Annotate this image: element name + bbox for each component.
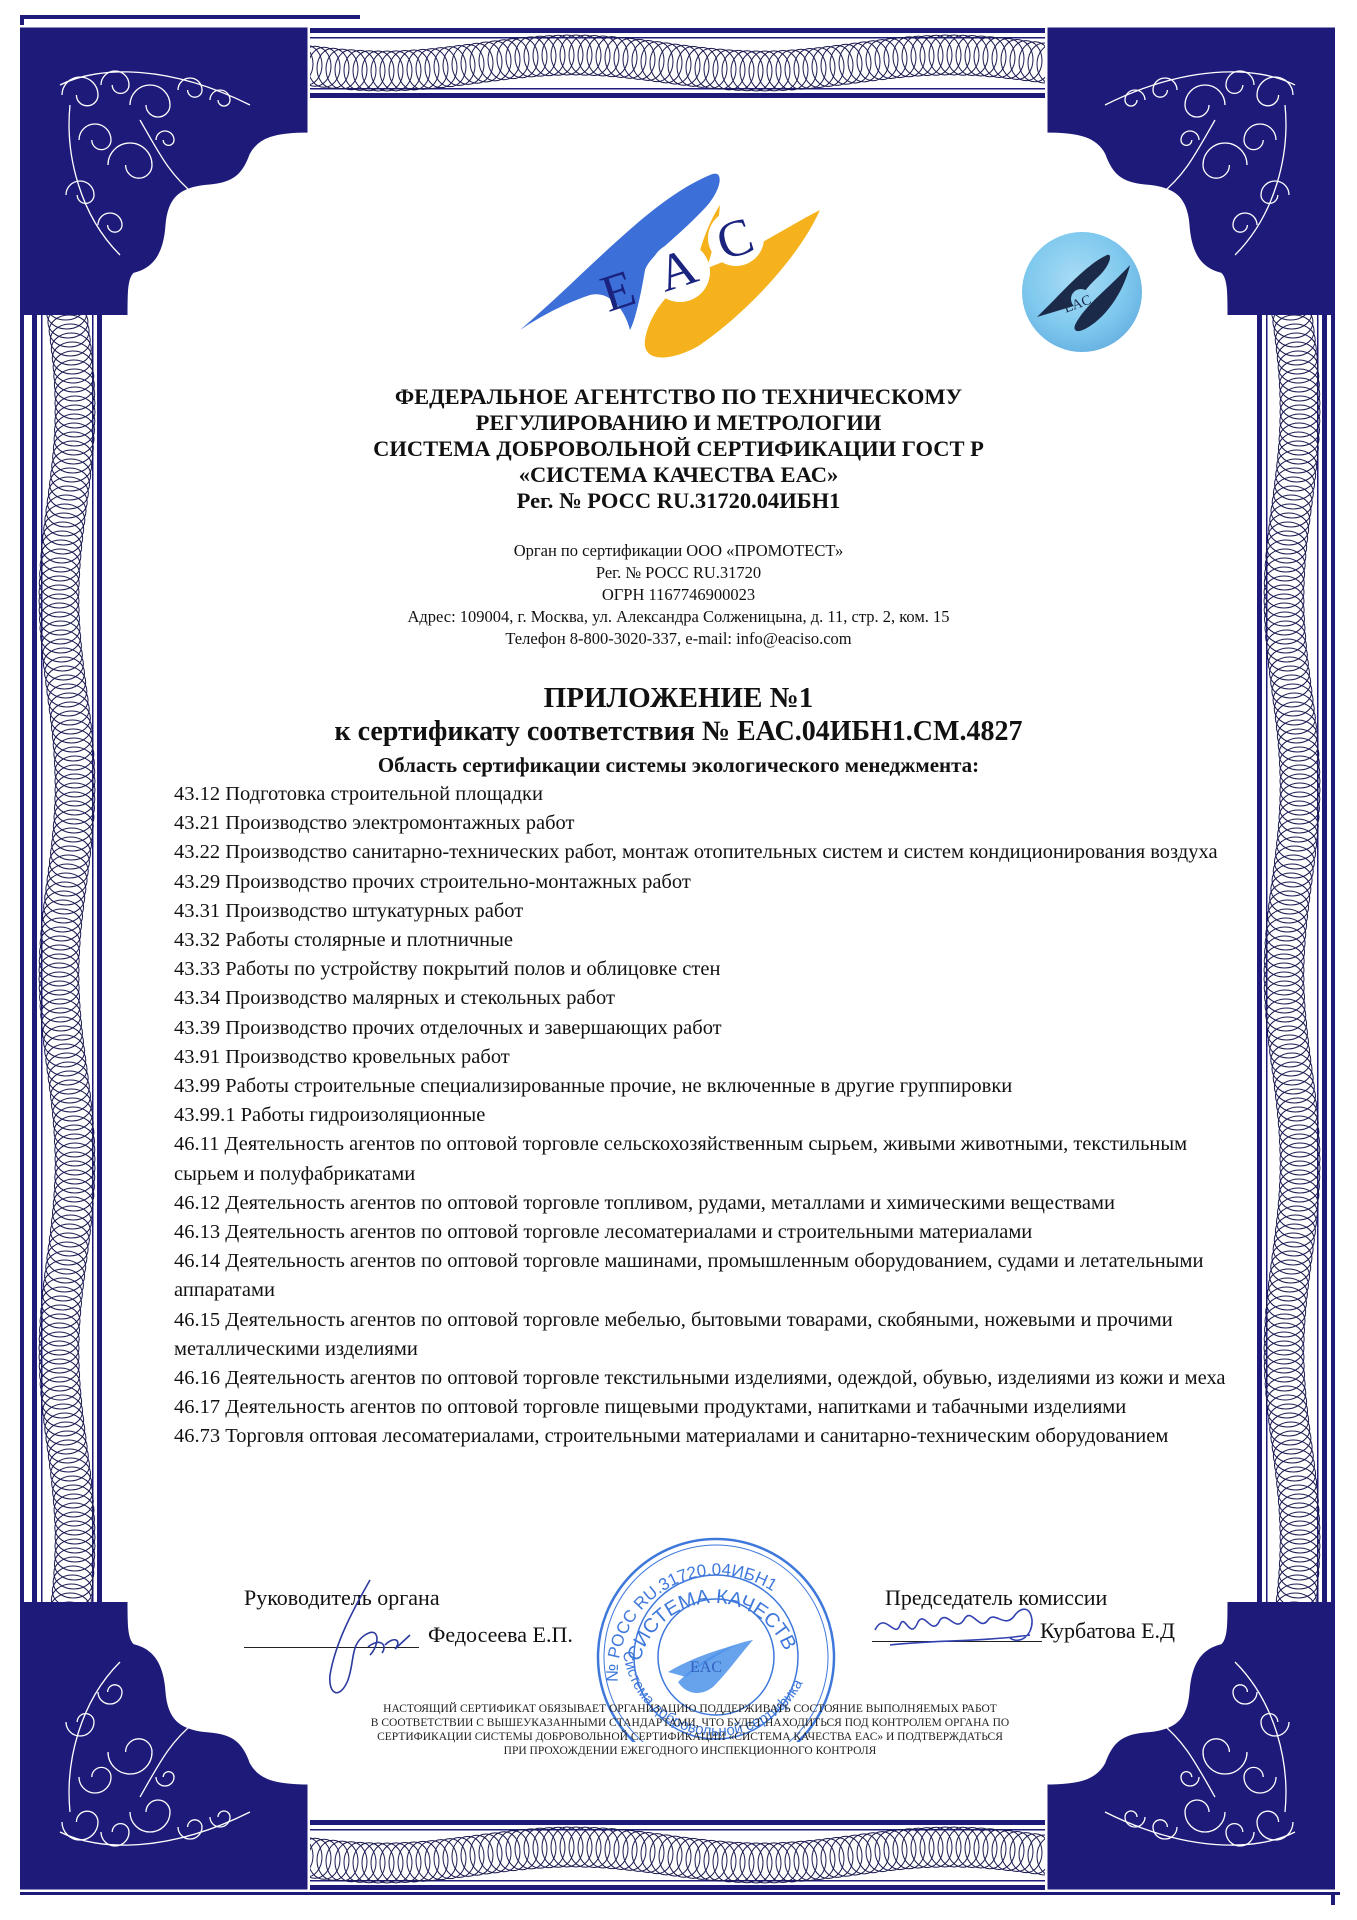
activity-item: 46.15 Деятельность агентов по оптовой то… (174, 1306, 1234, 1364)
activity-item: 43.33 Работы по устройству покрытий поло… (174, 955, 1234, 984)
eac-hologram-sticker-icon: EAC (1015, 225, 1150, 360)
certification-body-reg: Рег. № РОСС RU.31720 (200, 562, 1157, 584)
activity-item: 43.39 Производство прочих отделочных и з… (174, 1014, 1234, 1043)
handwritten-signature-left-icon (310, 1575, 420, 1705)
agency-reg-number: Рег. № РОСС RU.31720.04ИБН1 (200, 488, 1157, 514)
ornament-corner-bottom-left (20, 1602, 310, 1892)
annex-certificate-number: к сертификату соответствия № ЕАС.04ИБН1.… (200, 716, 1157, 748)
certification-body-contacts: Телефон 8-800-3020-337, e-mail: info@eac… (200, 628, 1157, 650)
activity-item: 46.16 Деятельность агентов по оптовой то… (174, 1364, 1234, 1393)
scope-title: Область сертификации системы экологическ… (200, 752, 1157, 778)
activity-item: 43.34 Производство малярных и стекольных… (174, 984, 1234, 1013)
activity-item: 46.11 Деятельность агентов по оптовой то… (174, 1130, 1234, 1188)
activity-item: 43.32 Работы столярные и плотничные (174, 926, 1234, 955)
signatory-right-name: Курбатова Е.Д (1040, 1618, 1175, 1644)
certificate-disclaimer: НАСТОЯЩИЙ СЕРТИФИКАТ ОБЯЗЫВАЕТ ОРГАНИЗАЦ… (300, 1702, 1080, 1758)
activity-item: 46.14 Деятельность агентов по оптовой то… (174, 1247, 1234, 1305)
annex-title: ПРИЛОЖЕНИЕ №1 (200, 682, 1157, 714)
certification-body-info: Орган по сертификации ООО «ПРОМОТЕСТ» Ре… (200, 540, 1157, 650)
disclaimer-line: НАСТОЯЩИЙ СЕРТИФИКАТ ОБЯЗЫВАЕТ ОРГАНИЗАЦ… (300, 1702, 1080, 1716)
activity-item: 46.17 Деятельность агентов по оптовой то… (174, 1393, 1234, 1422)
border-outer-line-top (20, 15, 360, 19)
disclaimer-line: СЕРТИФИКАЦИИ СИСТЕМЫ ДОБРОВОЛЬНОЙ СЕРТИФ… (300, 1730, 1080, 1744)
eac-logo-icon: E A C (500, 160, 860, 380)
agency-line: РЕГУЛИРОВАНИЮ И МЕТРОЛОГИИ (200, 410, 1157, 436)
ornament-corner-bottom-right (1045, 1602, 1335, 1892)
activity-item: 43.12 Подготовка строительной площадки (174, 780, 1234, 809)
certification-body-ogrn: ОГРН 1167746900023 (200, 584, 1157, 606)
agency-line: ФЕДЕРАЛЬНОЕ АГЕНТСТВО ПО ТЕХНИЧЕСКОМУ (200, 384, 1157, 410)
disclaimer-line: В СООТВЕТСТВИИ С ВЫШЕУКАЗАННЫМИ СТАНДАРТ… (300, 1716, 1080, 1730)
activity-item: 46.13 Деятельность агентов по оптовой то… (174, 1218, 1234, 1247)
activity-item: 43.29 Производство прочих строительно-мо… (174, 868, 1234, 897)
activity-item: 46.12 Деятельность агентов по оптовой то… (174, 1189, 1234, 1218)
ornament-corner-top-left (20, 25, 310, 315)
activity-item: 43.22 Производство санитарно-технических… (174, 838, 1234, 867)
guilloche-band-right (1257, 315, 1327, 1605)
agency-line: «СИСТЕМА КАЧЕСТВА ЕАС» (200, 462, 1157, 488)
activity-item: 46.73 Торговля оптовая лесоматериалами, … (174, 1422, 1234, 1451)
activity-list: 43.12 Подготовка строительной площадки43… (174, 780, 1234, 1452)
agency-header: ФЕДЕРАЛЬНОЕ АГЕНТСТВО ПО ТЕХНИЧЕСКОМУ РЕ… (200, 384, 1157, 514)
border-outer-line-bottom (20, 1892, 1340, 1895)
activity-item: 43.99.1 Работы гидроизоляционные (174, 1101, 1234, 1130)
handwritten-signature-right-icon (870, 1600, 1045, 1660)
activity-item: 43.21 Производство электромонтажных рабо… (174, 809, 1234, 838)
certification-body-name: Орган по сертификации ООО «ПРОМОТЕСТ» (200, 540, 1157, 562)
guilloche-band-top (290, 28, 1067, 98)
signatory-left-name: Федосеева Е.П. (428, 1622, 573, 1648)
activity-item: 43.31 Производство штукатурных работ (174, 897, 1234, 926)
certification-body-address: Адрес: 109004, г. Москва, ул. Александра… (200, 606, 1157, 628)
activity-item: 43.99 Работы строительные специализирова… (174, 1072, 1234, 1101)
disclaimer-line: ПРИ ПРОХОЖДЕНИИ ЕЖЕГОДНОГО ИНСПЕКЦИОННОГ… (300, 1744, 1080, 1758)
seal-center-logo: EAC (690, 1659, 722, 1676)
activity-item: 43.91 Производство кровельных работ (174, 1043, 1234, 1072)
agency-line: СИСТЕМА ДОБРОВОЛЬНОЙ СЕРТИФИКАЦИИ ГОСТ Р (200, 436, 1157, 462)
guilloche-band-bottom (290, 1820, 1067, 1890)
guilloche-band-left (32, 315, 102, 1605)
